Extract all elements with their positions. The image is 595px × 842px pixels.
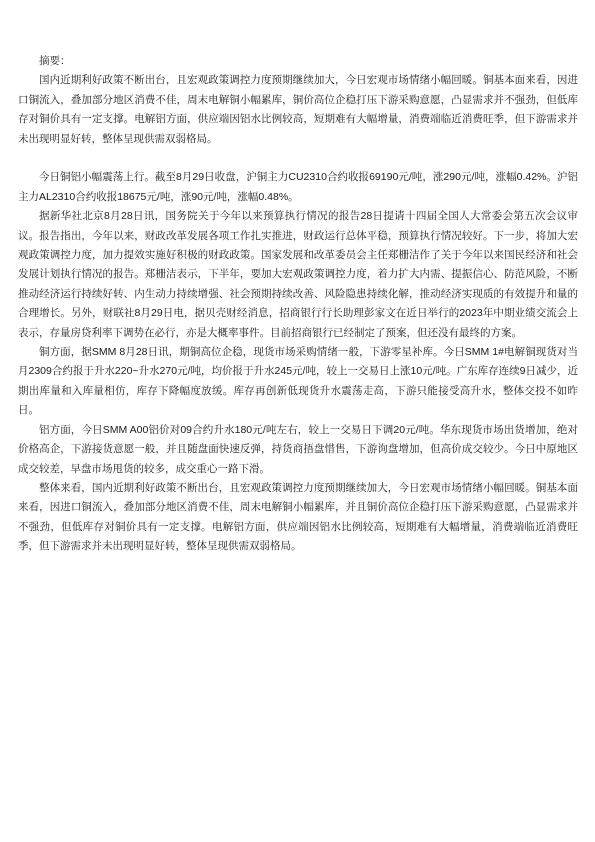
document-page: 摘要： 国内近期利好政策不断出台，且宏观政策调控力度预期继续加大，今日宏观市场情… [0,0,595,842]
summary-paragraph: 国内近期利好政策不断出台，且宏观政策调控力度预期继续加大，今日宏观市场情绪小幅回… [18,71,578,149]
body-paragraph-copper: 铜方面，据SMM 8月28日讯，期铜高位企稳，现货市场采购情绪一般，下游零星补库… [18,343,578,421]
summary-heading: 摘要： [18,52,578,71]
blank-line [18,149,578,168]
body-paragraph-overall: 整体来看，国内近期利好政策不断出台，且宏观政策调控力度预期继续加大，今日宏观市场… [18,479,578,557]
body-paragraph-aluminum: 铝方面，今日SMM A00铝价对09合约升水180元/吨左右，较上一交易日下调2… [18,421,578,479]
body-paragraph-macro-news: 据新华社北京8月28日讯，国务院关于今年以来预算执行情况的报告28日提请十四届全… [18,207,578,343]
body-paragraph-prices: 今日铜铝小幅震荡上行。截至8月29日收盘，沪铜主力CU2310合约收报69190… [18,168,578,207]
